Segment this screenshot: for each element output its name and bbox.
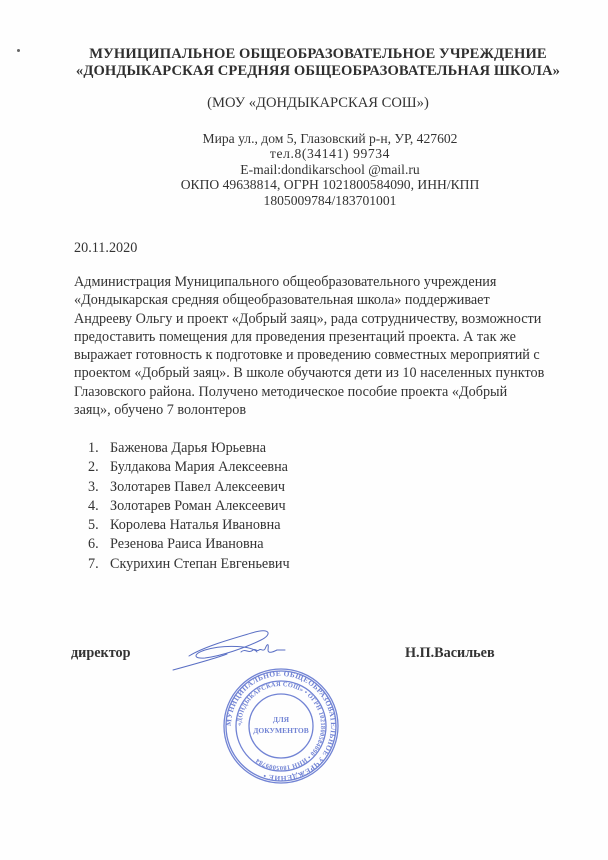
- body-line: Администрация Муниципального общеобразов…: [74, 273, 594, 291]
- body-line: «Дондыкарская средняя общеобразовательна…: [74, 291, 594, 309]
- official-seal-icon: МУНИЦИПАЛЬНОЕ ОБЩЕОБРАЗОВАТЕЛЬНОЕ УЧРЕЖД…: [222, 667, 340, 785]
- list-item: 3.Золотарев Павел Алексеевич: [88, 478, 290, 497]
- institution-title-line1: МУНИЦИПАЛЬНОЕ ОБЩЕОБРАЗОВАТЕЛЬНОЕ УЧРЕЖД…: [0, 46, 608, 63]
- volunteer-name: Резенова Раиса Ивановна: [110, 535, 264, 554]
- list-number: 5.: [88, 516, 110, 535]
- volunteer-name: Булдакова Мария Алексеевна: [110, 458, 288, 477]
- institution-title: МУНИЦИПАЛЬНОЕ ОБЩЕОБРАЗОВАТЕЛЬНОЕ УЧРЕЖД…: [0, 46, 608, 80]
- list-number: 6.: [88, 535, 110, 554]
- list-item: 5.Королева Наталья Ивановна: [88, 516, 290, 535]
- list-item: 4.Золотарев Роман Алексеевич: [88, 497, 290, 516]
- volunteer-name: Золотарев Павел Алексеевич: [110, 478, 285, 497]
- body-line: выражает готовность к подготовке и прове…: [74, 346, 594, 364]
- contact-block: Мира ул., дом 5, Глазовский р-н, УР, 427…: [160, 131, 500, 208]
- inn-kpp: 1805009784/183701001: [160, 193, 500, 208]
- institution-abbreviation: (МОУ «ДОНДЫКАРСКАЯ СОШ»): [0, 95, 608, 112]
- email: E-mail:dondikarschool @mail.ru: [160, 162, 500, 177]
- list-item: 2.Булдакова Мария Алексеевна: [88, 458, 290, 477]
- body-line: проектом «Добрый заяц». В школе обучаютс…: [74, 364, 594, 382]
- institution-title-line2: «ДОНДЫКАРСКАЯ СРЕДНЯЯ ОБЩЕОБРАЗОВАТЕЛЬНА…: [0, 63, 608, 80]
- svg-text:ДОКУМЕНТОВ: ДОКУМЕНТОВ: [253, 726, 308, 735]
- letter-date: 20.11.2020: [74, 240, 137, 257]
- list-item: 7.Скурихин Степан Евгеньевич: [88, 555, 290, 574]
- volunteer-name: Золотарев Роман Алексеевич: [110, 497, 286, 516]
- address: Мира ул., дом 5, Глазовский р-н, УР, 427…: [160, 131, 500, 146]
- document-page: МУНИЦИПАЛЬНОЕ ОБЩЕОБРАЗОВАТЕЛЬНОЕ УЧРЕЖД…: [0, 0, 608, 860]
- body-line: Андрееву Ольгу и проект «Добрый заяц», р…: [74, 310, 594, 328]
- volunteer-name: Скурихин Степан Евгеньевич: [110, 555, 290, 574]
- volunteer-name: Баженова Дарья Юрьевна: [110, 439, 266, 458]
- list-item: 6.Резенова Раиса Ивановна: [88, 535, 290, 554]
- volunteer-list: 1.Баженова Дарья Юрьевна 2.Булдакова Мар…: [88, 439, 290, 574]
- list-number: 7.: [88, 555, 110, 574]
- list-number: 1.: [88, 439, 110, 458]
- registry-codes: ОКПО 49638814, ОГРН 1021800584090, ИНН/К…: [160, 177, 500, 192]
- svg-text:ДЛЯ: ДЛЯ: [273, 715, 290, 724]
- body-line: Глазовского района. Получено методическо…: [74, 383, 594, 401]
- list-item: 1.Баженова Дарья Юрьевна: [88, 439, 290, 458]
- signatory-position: директор: [71, 645, 130, 662]
- body-line: заяц», обучено 7 волонтеров: [74, 401, 594, 419]
- volunteer-name: Королева Наталья Ивановна: [110, 516, 281, 535]
- phone: тел.8(34141) 99734: [160, 146, 500, 161]
- body-line: предоставить помещения для проведения пр…: [74, 328, 594, 346]
- signatory-name: Н.П.Васильев: [405, 645, 495, 662]
- list-number: 3.: [88, 478, 110, 497]
- list-number: 2.: [88, 458, 110, 477]
- letter-body: Администрация Муниципального общеобразов…: [74, 273, 594, 419]
- list-number: 4.: [88, 497, 110, 516]
